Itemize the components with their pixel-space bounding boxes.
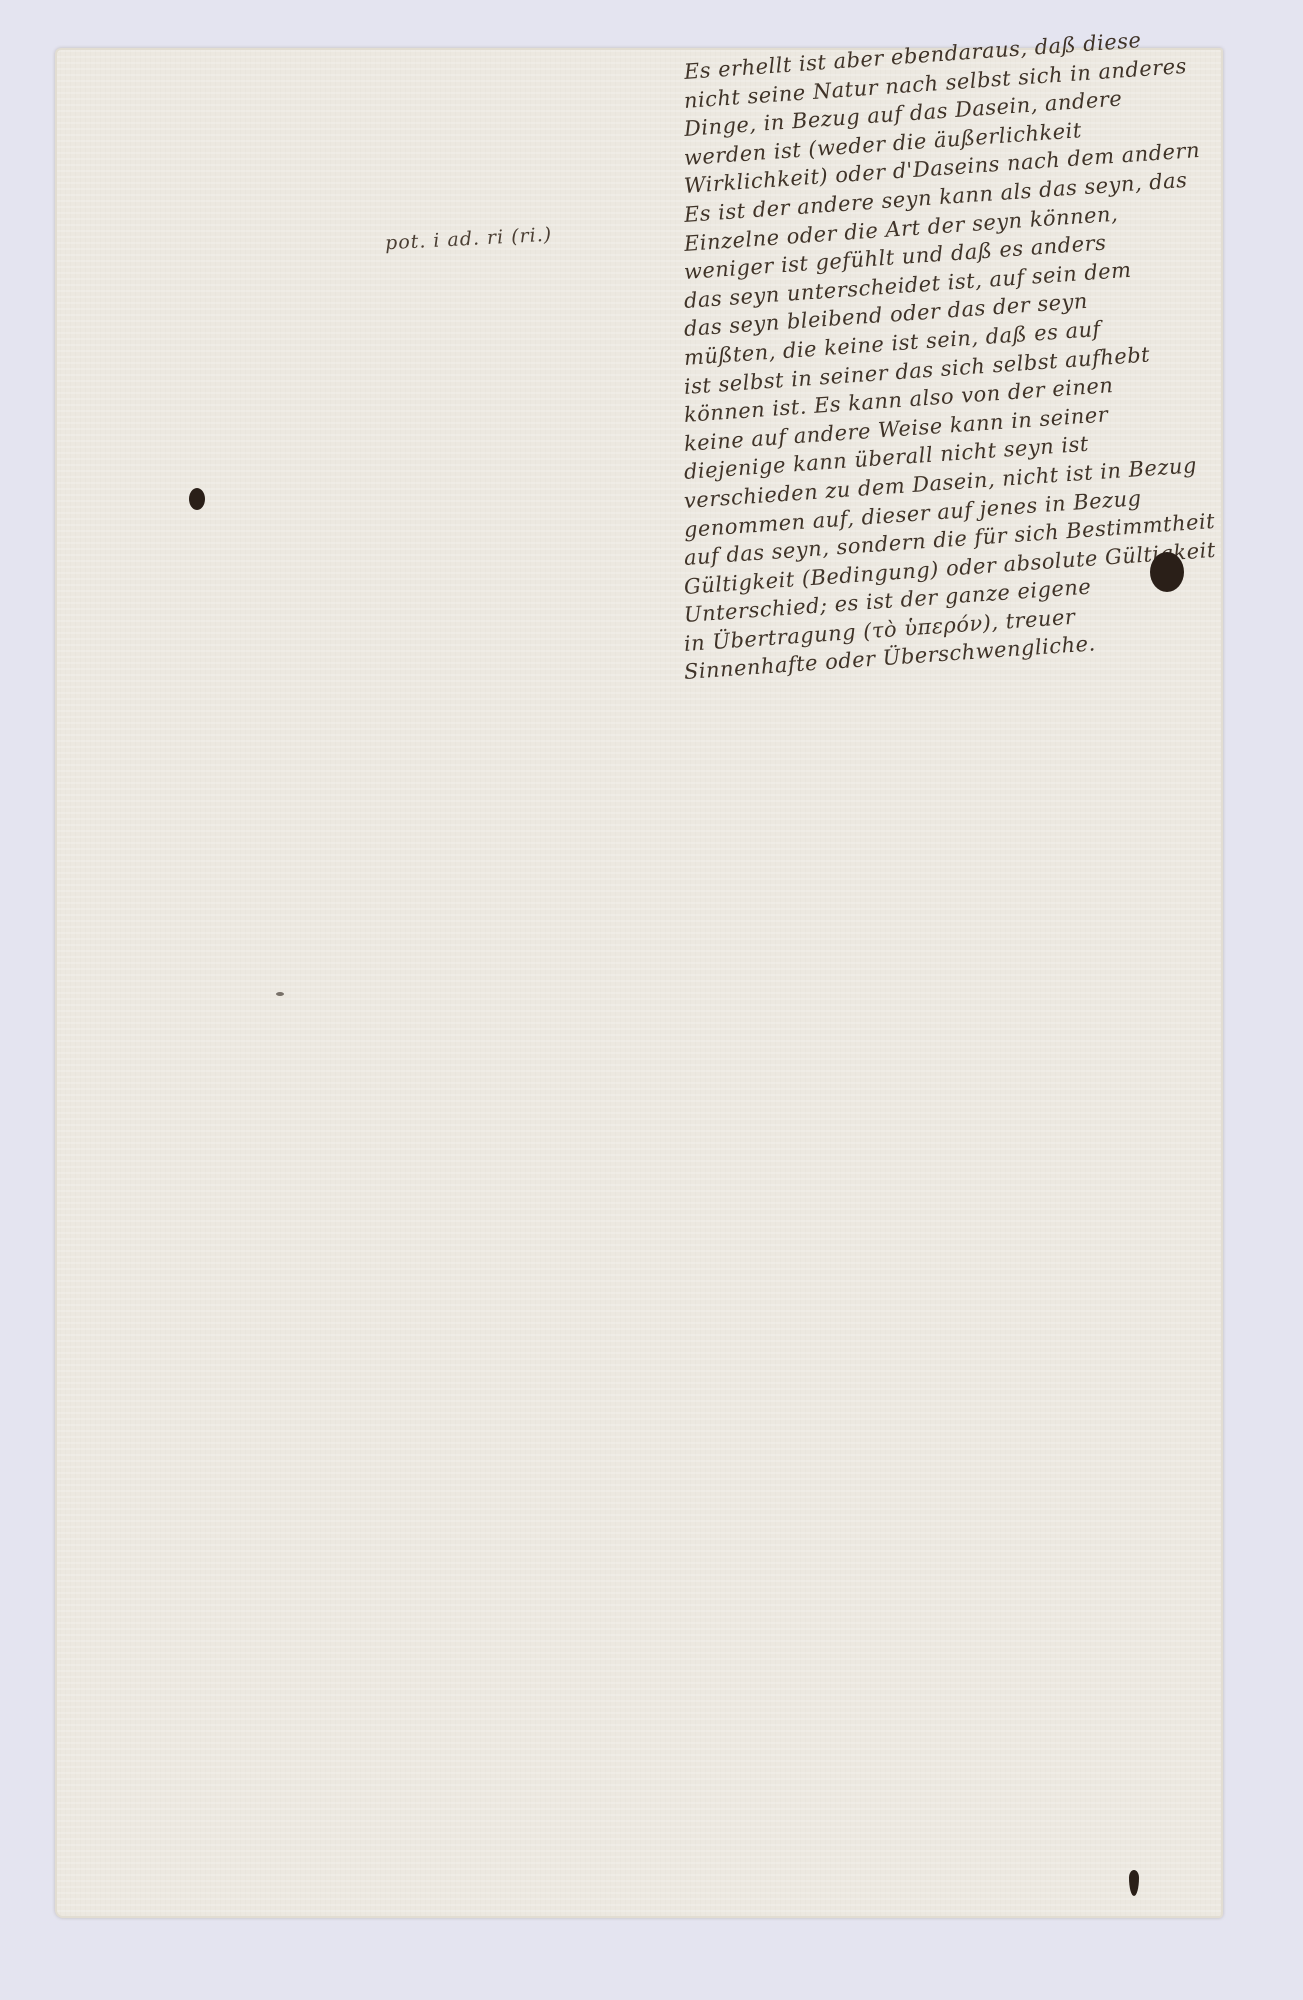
ink-blot	[276, 992, 284, 996]
ink-blot	[189, 488, 205, 510]
ink-blot	[1150, 552, 1184, 592]
handwritten-text-block: Es erhellt ist aber ebendaraus, daß dies…	[684, 58, 1229, 687]
